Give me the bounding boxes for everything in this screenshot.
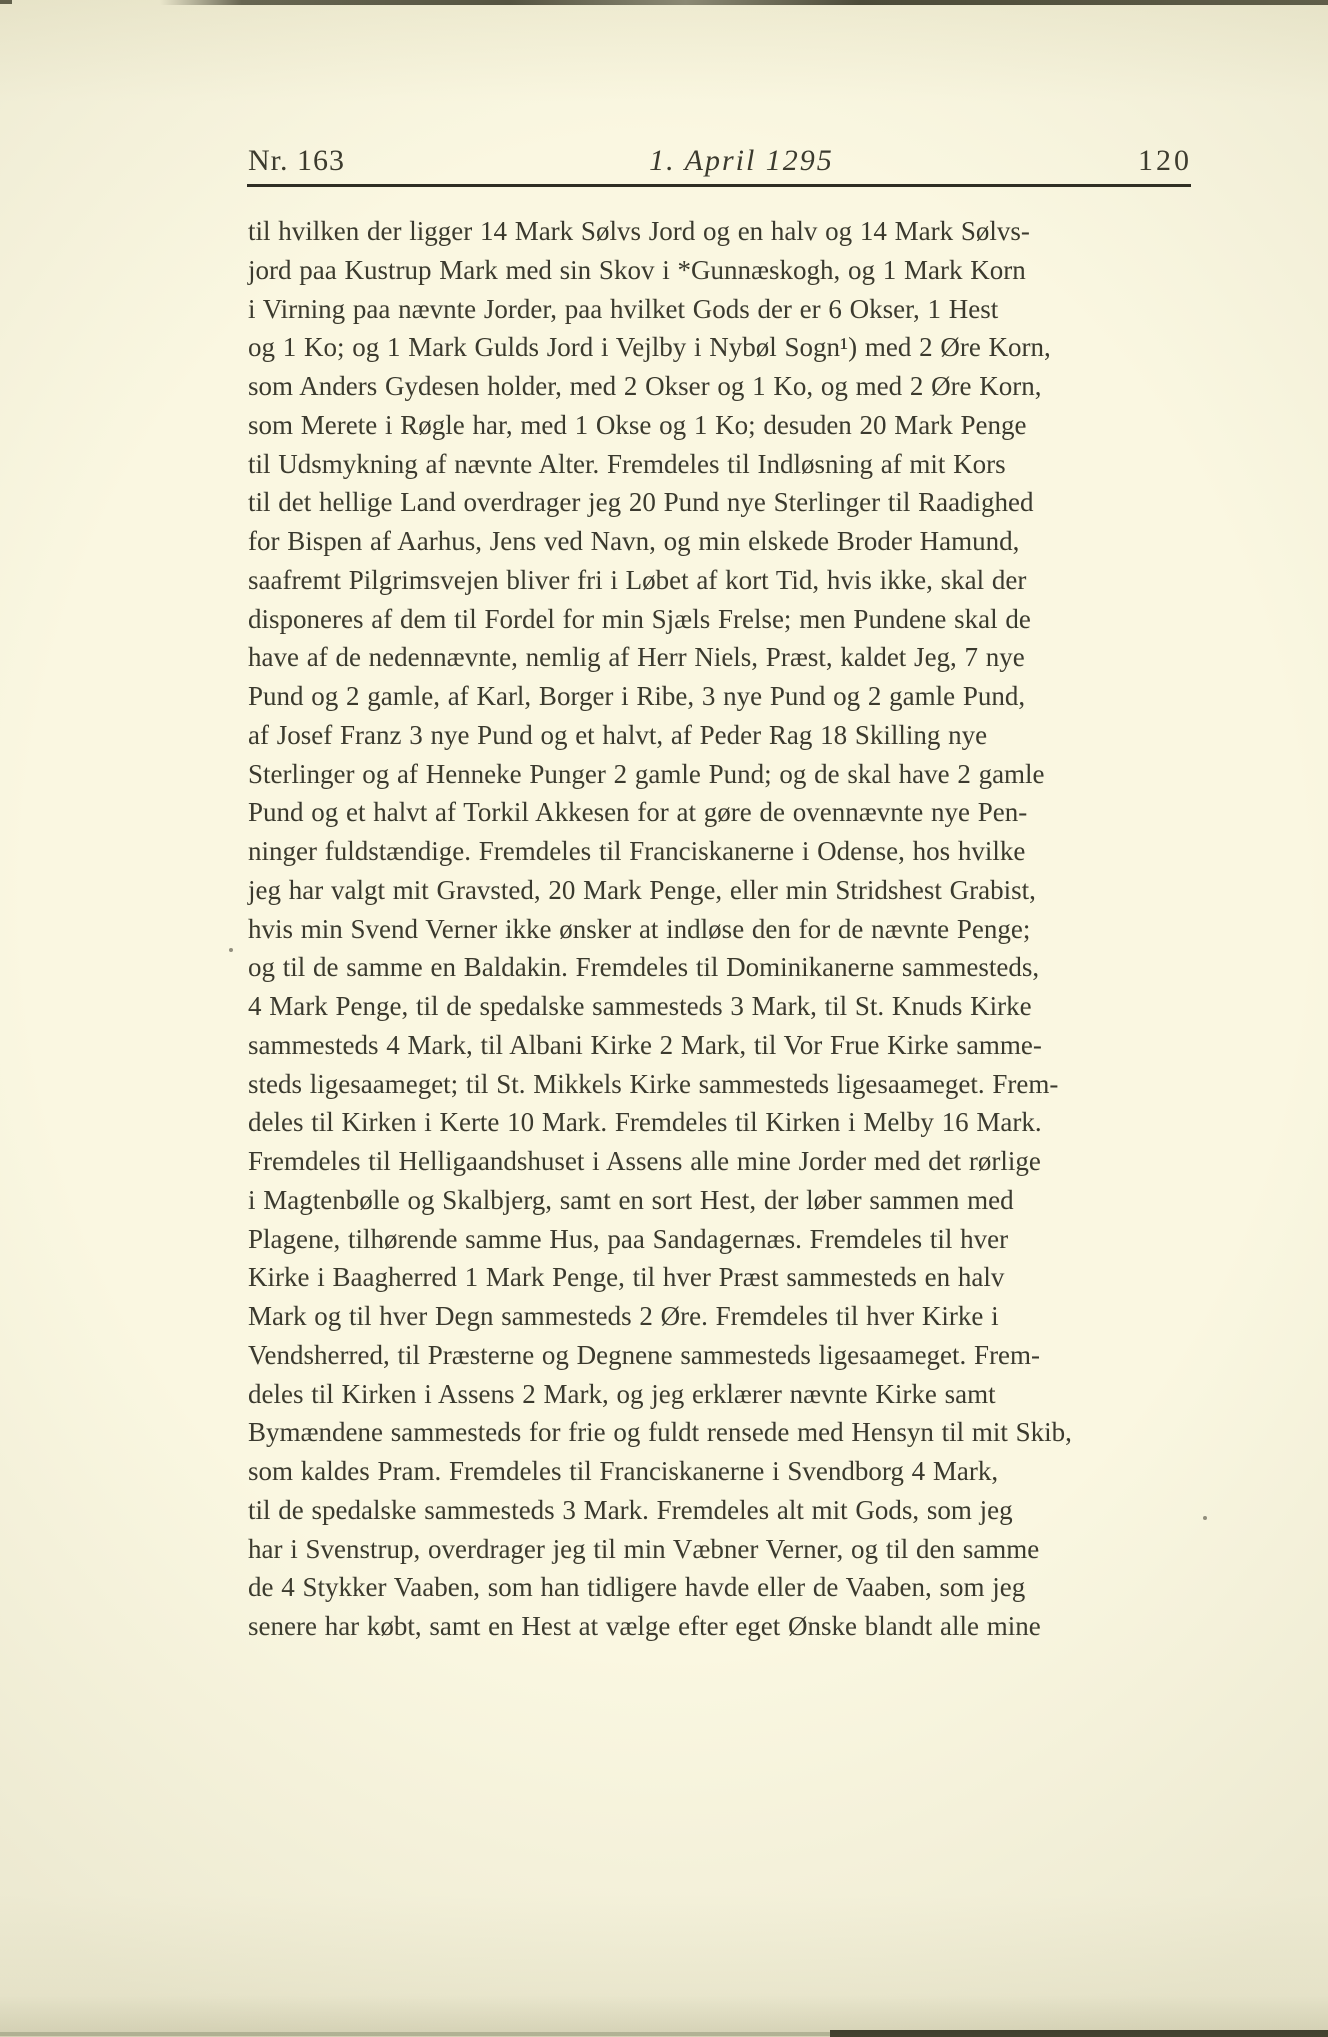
text-line: Pund og et halvt af Torkil Akkesen for a… — [248, 793, 1193, 832]
text-line: af Josef Franz 3 nye Pund og et halvt, a… — [248, 716, 1193, 755]
text-line: Kirke i Baagherred 1 Mark Penge, til hve… — [248, 1258, 1193, 1297]
text-line: til de spedalske sammesteds 3 Mark. Frem… — [248, 1491, 1193, 1530]
text-line: som Anders Gydesen holder, med 2 Okser o… — [248, 367, 1193, 406]
text-line: til hvilken der ligger 14 Mark Sølvs Jor… — [248, 212, 1193, 251]
scan-speck — [1203, 1516, 1207, 1520]
text-line: Bymændene sammesteds for frie og fuldt r… — [248, 1413, 1193, 1452]
text-line: Mark og til hver Degn sammesteds 2 Øre. … — [248, 1297, 1193, 1336]
scan-edge-top — [160, 0, 1328, 5]
header-rule — [247, 184, 1191, 187]
scan-speck — [229, 948, 233, 952]
text-line: deles til Kirken i Kerte 10 Mark. Fremde… — [248, 1103, 1193, 1142]
text-line: som Merete i Røgle har, med 1 Okse og 1 … — [248, 406, 1193, 445]
text-line: og 1 Ko; og 1 Mark Gulds Jord i Vejlby i… — [248, 328, 1193, 367]
text-line: jeg har valgt mit Gravsted, 20 Mark Peng… — [248, 871, 1193, 910]
text-line: som kaldes Pram. Fremdeles til Franciska… — [248, 1452, 1193, 1491]
document-number: Nr. 163 — [248, 143, 345, 179]
text-line: Sterlinger og af Henneke Punger 2 gamle … — [248, 755, 1193, 794]
text-line: disponeres af dem til Fordel for min Sjæ… — [248, 600, 1193, 639]
document-date: 1. April 1295 — [649, 143, 834, 179]
scan-edge-bottom-left — [0, 2032, 832, 2036]
text-line: i Virning paa nævnte Jorder, paa hvilket… — [248, 290, 1193, 329]
text-line: i Magtenbølle og Skalbjerg, samt en sort… — [248, 1181, 1193, 1220]
text-line: steds ligesaameget; til St. Mikkels Kirk… — [248, 1065, 1193, 1104]
text-line: have af de nedennævnte, nemlig af Herr N… — [248, 638, 1193, 677]
text-line: saafremt Pilgrimsvejen bliver fri i Løbe… — [248, 561, 1193, 600]
text-line: ninger fuldstændige. Fremdeles til Franc… — [248, 832, 1193, 871]
text-line: til det hellige Land overdrager jeg 20 P… — [248, 483, 1193, 522]
text-line: deles til Kirken i Assens 2 Mark, og jeg… — [248, 1375, 1193, 1414]
text-line: jord paa Kustrup Mark med sin Skov i *Gu… — [248, 251, 1193, 290]
text-line: for Bispen af Aarhus, Jens ved Navn, og … — [248, 522, 1193, 561]
text-line: sammesteds 4 Mark, til Albani Kirke 2 Ma… — [248, 1026, 1193, 1065]
text-line: til Udsmykning af nævnte Alter. Fremdele… — [248, 445, 1193, 484]
page-number: 120 — [1138, 143, 1192, 179]
text-line: Plagene, tilhørende samme Hus, paa Sanda… — [248, 1220, 1193, 1259]
text-line: senere har købt, samt en Hest at vælge e… — [248, 1607, 1193, 1646]
text-line: Fremdeles til Helligaandshuset i Assens … — [248, 1142, 1193, 1181]
scan-edge-bottom-right — [830, 2030, 1328, 2037]
document-text: til hvilken der ligger 14 Mark Sølvs Jor… — [248, 212, 1193, 1646]
text-line: Pund og 2 gamle, af Karl, Borger i Ribe,… — [248, 677, 1193, 716]
text-line: og til de samme en Baldakin. Fremdeles t… — [248, 948, 1193, 987]
text-line: de 4 Stykker Vaaben, som han tidligere h… — [248, 1568, 1193, 1607]
scan-edge-corner — [0, 0, 12, 4]
page-header: Nr. 163 1. April 1295 120 — [248, 143, 1192, 179]
text-line: Vendsherred, til Præsterne og Degnene sa… — [248, 1336, 1193, 1375]
text-line: har i Svenstrup, overdrager jeg til min … — [248, 1530, 1193, 1569]
book-page: Nr. 163 1. April 1295 120 til hvilken de… — [0, 0, 1328, 2037]
text-line: 4 Mark Penge, til de spedalske sammested… — [248, 987, 1193, 1026]
text-line: hvis min Svend Verner ikke ønsker at ind… — [248, 910, 1193, 949]
